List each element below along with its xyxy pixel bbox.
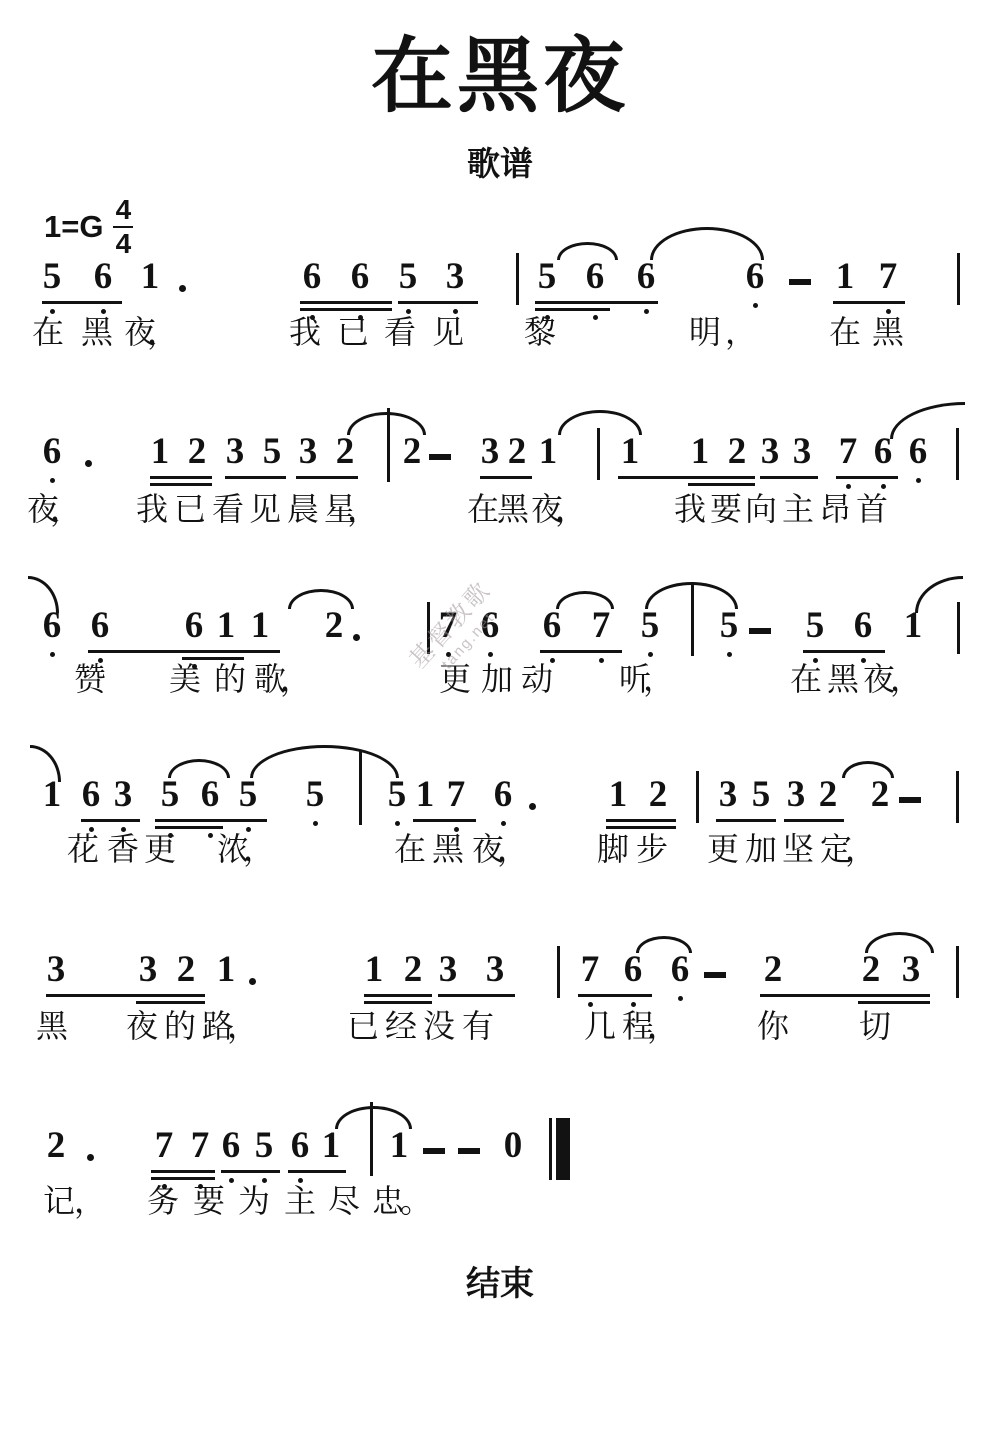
lyric-syllable: 黑 [867,316,909,348]
lyric-syllable: 已 [332,316,374,348]
underline-beam [858,1001,930,1004]
note: 5 [531,258,563,295]
note: 2 [642,776,674,813]
underline-beam [833,301,905,304]
lyric-syllable: ， [720,316,762,348]
lyric-syllable: ， [642,1010,684,1042]
lyric-syllable: 的 [159,1010,201,1042]
underline-beam [398,301,478,304]
underline-beam [225,476,286,479]
note: 5 [232,776,264,813]
note: 3 [895,951,927,988]
lyric-syllable: 见 [427,316,469,348]
note: 1 [134,258,166,295]
slur-arc [250,745,399,778]
note: 7 [440,776,472,813]
note: 2 [170,951,202,988]
underline-beam [42,301,122,304]
lyric-syllable: 步 [631,833,673,865]
lyric-syllable: 加 [476,663,518,695]
lyric-syllable: ， [492,833,534,865]
underline-beam [836,476,898,479]
octave-dot [678,996,683,1001]
lyric-syllable: ， [550,493,592,525]
note: 6 [344,258,376,295]
note: 2 [329,433,361,470]
lyric-syllable: ， [69,1185,111,1217]
note: 3 [780,776,812,813]
octave-dot [916,478,921,483]
octave-dot [229,1178,234,1183]
lyric-syllable: 更 [139,833,181,865]
lyric-syllable: 夜 [121,1010,163,1042]
octave-dot [446,652,451,657]
end-label: 结束 [0,1256,1000,1305]
underline-beam [155,826,223,829]
underline-beam [81,819,140,822]
note: 1 [358,951,390,988]
lyric-syllable: 黎 [519,316,561,348]
lyric-syllable: ， [275,663,317,695]
underline-beam [221,1170,280,1173]
underline-beam [760,994,930,997]
octave-dot [593,315,598,320]
note: 1 [532,433,564,470]
octave-dot [881,484,886,489]
underline-beam [606,819,676,822]
lyric-syllable: ， [142,316,184,348]
note: 3 [432,951,464,988]
barline [957,253,960,305]
note: 6 [630,258,662,295]
underline-beam [136,1001,205,1004]
note: 1 [210,607,242,644]
lyric-syllable: 几 [579,1010,621,1042]
slur-continuation-in [28,576,59,613]
underline-beam [413,819,476,822]
note: 3 [439,258,471,295]
note: 6 [579,258,611,295]
underline-beam [46,994,205,997]
underline-beam [150,476,212,479]
note: 7 [148,1127,180,1164]
note: 7 [574,951,606,988]
note: 6 [474,607,506,644]
note: 3 [786,433,818,470]
note: 5 [745,776,777,813]
final-barline-thin [549,1118,552,1180]
lyric-syllable: 你 [752,1010,794,1042]
lyric-syllable: 坚 [777,833,819,865]
note: 6 [296,258,328,295]
underline-beam [716,819,776,822]
duration-dash [899,797,921,803]
underline-beam [364,994,432,997]
lyric-syllable: 加 [740,833,782,865]
note: 2 [40,1127,72,1164]
lyric-syllable: ， [45,493,87,525]
lyric-syllable: 香 [102,833,144,865]
note: 2 [864,776,896,813]
note: 3 [107,776,139,813]
duration-dash [704,972,726,978]
underline-beam [296,476,358,479]
note: 7 [432,607,464,644]
note: 2 [318,607,350,644]
lyric-syllable: 花 [62,833,104,865]
slur-arc [557,242,618,260]
lyric-syllable: ， [638,663,680,695]
underline-beam [182,657,244,660]
underline-beam [480,476,532,479]
lyric-syllable: ， [885,663,927,695]
octave-dot [648,652,653,657]
slur-arc [335,1106,412,1129]
note: 2 [855,951,887,988]
note: 6 [84,607,116,644]
barline [696,771,699,823]
underline-beam [150,483,212,486]
barline [956,946,959,998]
note: 5 [248,1127,280,1164]
note: 3 [712,776,744,813]
note: 2 [501,433,533,470]
lyric-syllable: 的 [209,663,251,695]
lyric-syllable: 昂 [814,493,856,525]
note: 6 [739,258,771,295]
note: 6 [215,1127,247,1164]
lyric-syllable: 在 [824,316,866,348]
slur-arc [168,759,230,778]
lyric-syllable: 更 [434,663,476,695]
lyric-syllable: 黑 [76,316,118,348]
final-barline-thick [556,1118,570,1180]
octave-dot [50,478,55,483]
lyric-syllable: 在 [389,833,431,865]
lyric-syllable: 我 [284,316,326,348]
lyric-syllable: ， [222,1010,264,1042]
note: 2 [396,433,428,470]
lyric-syllable: 尽 [323,1185,365,1217]
note: 3 [40,951,72,988]
note: 2 [757,951,789,988]
octave-dot [395,821,400,826]
underline-beam [688,483,755,486]
note: 1 [210,951,242,988]
lyric-syllable: 已 [342,1010,384,1042]
note: 1 [315,1127,347,1164]
slur-arc [645,582,738,609]
octave-dot [313,821,318,826]
octave-dot [50,652,55,657]
note: 1 [144,433,176,470]
note: 5 [634,607,666,644]
note: 5 [392,258,424,295]
lyric-syllable: 看 [379,316,421,348]
lyric-syllable: 看 [207,493,249,525]
note: 6 [536,607,568,644]
slur-arc [558,410,642,435]
lyric-syllable: 动 [516,663,558,695]
barline [956,771,959,823]
note: 1 [684,433,716,470]
lyric-syllable: 经 [380,1010,422,1042]
octave-dot [631,1002,636,1007]
octave-dot [588,1002,593,1007]
lyric-syllable: 晨 [282,493,324,525]
octave-dot [501,821,506,826]
sheet-music-page: 在黑夜 歌谱 1=G 4 4 5616653566617在黑夜，我已看见黎明，在… [0,0,1000,1430]
rest-note: 0 [497,1127,529,1164]
slur-arc [865,932,934,953]
score: 5616653566617在黑夜，我已看见黎明，在黑61235322321112… [0,0,1000,1430]
note: 6 [87,258,119,295]
augmentation-dot [85,460,92,467]
slur-arc [842,761,894,778]
duration-dash [423,1148,445,1154]
underline-beam [155,819,267,822]
note: 7 [184,1127,216,1164]
underline-beam [784,819,844,822]
note: 3 [219,433,251,470]
note: 6 [178,607,210,644]
duration-dash [749,628,771,634]
note: 6 [617,951,649,988]
note: 6 [664,951,696,988]
lyric-syllable: ， [840,833,882,865]
note: 5 [256,433,288,470]
slur-arc [347,412,426,435]
octave-dot [753,303,758,308]
note: 2 [812,776,844,813]
underline-beam [88,650,280,653]
note: 7 [832,433,864,470]
note: 6 [487,776,519,813]
barline [427,602,430,654]
note: 3 [132,951,164,988]
note: 3 [754,433,786,470]
underline-beam [438,994,515,997]
note: 3 [292,433,324,470]
lyric-syllable: 赞 [69,663,111,695]
lyric-syllable: 黑 [31,1010,73,1042]
note: 1 [602,776,634,813]
lyric-syllable: 主 [777,493,819,525]
note: 1 [383,1127,415,1164]
underline-beam [578,994,652,997]
note: 1 [829,258,861,295]
duration-dash [789,279,811,285]
note: 2 [397,951,429,988]
note: 5 [36,258,68,295]
lyric-syllable: 切 [854,1010,896,1042]
underline-beam [760,476,818,479]
note: 6 [284,1127,316,1164]
note: 2 [181,433,213,470]
note: 1 [614,433,646,470]
barline [516,253,519,305]
note: 5 [713,607,745,644]
note: 6 [194,776,226,813]
lyric-syllable: ， [238,833,280,865]
note: 3 [479,951,511,988]
lyric-syllable: 在 [27,316,69,348]
lyric-syllable: ， [342,493,384,525]
lyric-syllable: 要 [188,1185,230,1217]
note: 6 [75,776,107,813]
slur-arc [556,591,614,609]
lyric-syllable: 为 [233,1185,275,1217]
lyric-syllable: 更 [702,833,744,865]
note: 5 [299,776,331,813]
lyric-syllable: 脚 [592,833,634,865]
slur-continuation-in [30,745,61,782]
underline-beam [540,650,622,653]
underline-beam [151,1177,215,1180]
lyric-syllable: 我 [131,493,173,525]
note: 5 [799,607,831,644]
slur-arc [288,589,354,609]
underline-beam [618,476,755,479]
octave-dot [488,652,493,657]
note: 5 [154,776,186,813]
lyric-syllable: 首 [851,493,893,525]
octave-dot [644,309,649,314]
underline-beam [300,308,392,311]
lyric-syllable: 主 [279,1185,321,1217]
note: 7 [585,607,617,644]
augmentation-dot [529,803,536,810]
note: 7 [872,258,904,295]
note: 6 [847,607,879,644]
barline [557,946,560,998]
underline-beam [300,301,392,304]
underline-beam [803,650,885,653]
lyric-syllable: 有 [457,1010,499,1042]
lyric-syllable: 见 [244,493,286,525]
augmentation-dot [249,978,256,985]
note: 6 [36,433,68,470]
lyric-syllable: 没 [418,1010,460,1042]
octave-dot [846,484,851,489]
lyric-syllable: 美 [164,663,206,695]
octave-dot [599,658,604,663]
note: 1 [244,607,276,644]
augmentation-dot [353,634,360,641]
lyric-syllable: 向 [740,493,782,525]
duration-dash [458,1148,480,1154]
underline-beam [288,1170,346,1173]
octave-dot [727,652,732,657]
underline-beam [535,301,658,304]
augmentation-dot [179,285,186,292]
lyric-syllable: 务 [142,1185,184,1217]
slur-arc [636,936,692,953]
barline [597,428,600,480]
augmentation-dot [87,1154,94,1161]
lyric-syllable: 已 [169,493,211,525]
lyric-syllable: 。 [395,1185,437,1217]
note: 2 [721,433,753,470]
underline-beam [606,826,676,829]
note: 1 [409,776,441,813]
underline-beam [535,308,610,311]
slur-arc [650,227,764,260]
underline-beam [151,1170,215,1173]
duration-dash [429,454,451,460]
lyric-syllable: 在 [785,663,827,695]
underline-beam [364,1001,432,1004]
slur-continuation-out [890,402,965,439]
slur-continuation-out [915,576,963,613]
lyric-syllable: 黑 [427,833,469,865]
